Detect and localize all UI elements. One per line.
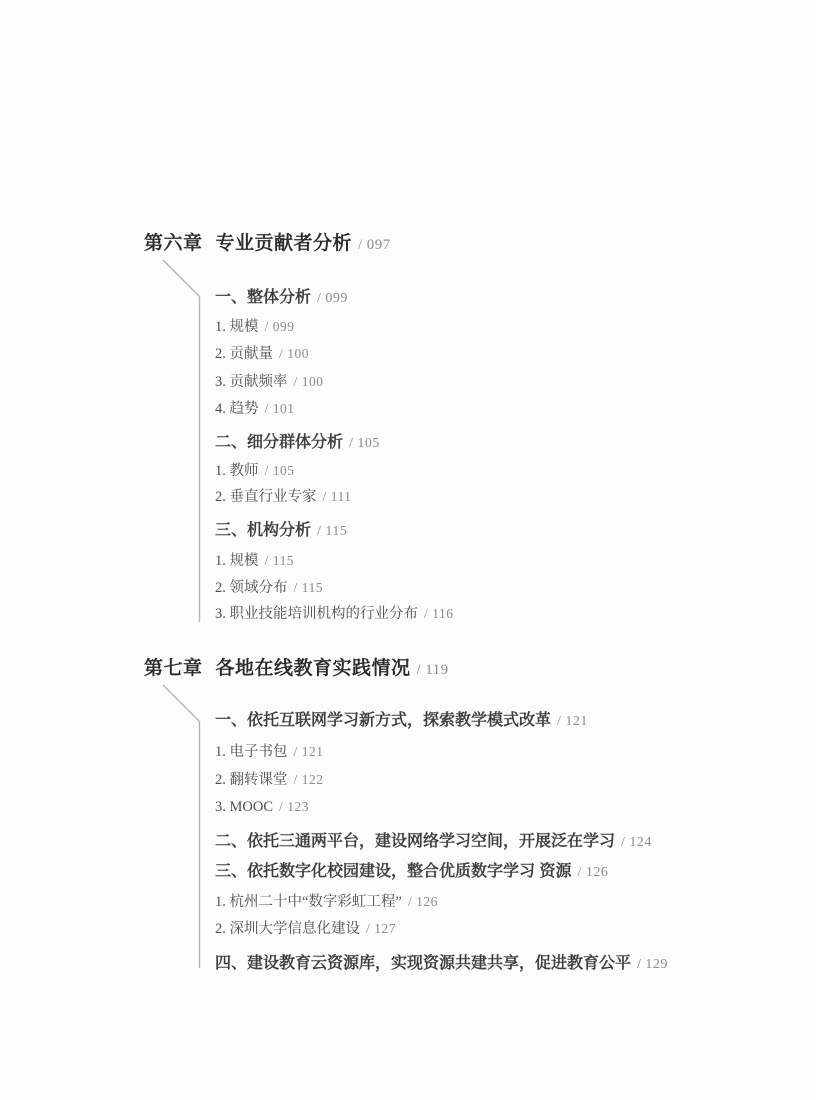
section-label: 二、依托三通两平台，建设网络学习空间，开展泛在学习 [215, 833, 615, 850]
page-number: 115 [302, 580, 323, 595]
chapter-number: 第七章 [144, 658, 203, 679]
toc-item-entry: 1. 规模/099 [215, 318, 295, 336]
chapter-title: 专业贡献者分析 [216, 233, 353, 254]
item-label: 3. 贡献频率 [215, 374, 288, 390]
slash-separator: / [317, 524, 321, 539]
item-page-ref: /126 [402, 894, 438, 909]
page-number: 099 [273, 319, 295, 334]
section-page-ref: /129 [631, 957, 668, 972]
slash-separator: / [294, 580, 298, 595]
item-label: 4. 趋势 [215, 401, 259, 417]
page-number: 126 [416, 894, 438, 909]
slash-separator: / [265, 463, 269, 478]
item-page-ref: /116 [418, 606, 454, 621]
item-page-ref: /127 [360, 921, 396, 936]
chapter6-bracket-line [163, 260, 200, 622]
section-page-ref: /124 [615, 835, 652, 850]
section-page-ref: /126 [571, 865, 608, 880]
item-label: 2. 领域分布 [215, 580, 288, 596]
chapter-6-heading: 第六章专业贡献者分析/097 [144, 232, 391, 257]
toc-section-entry: 四、建设教育云资源库，实现资源共建共享，促进教育公平/129 [215, 954, 668, 975]
slash-separator: / [317, 291, 321, 306]
page-number: 126 [586, 865, 609, 880]
page-number: 119 [425, 662, 448, 678]
item-page-ref: /101 [259, 401, 295, 416]
page-number: 100 [302, 374, 324, 389]
toc-item-entry: 1. 杭州二十中“数字彩虹工程”/126 [215, 893, 438, 911]
slash-separator: / [294, 374, 298, 389]
page-number: 122 [302, 772, 324, 787]
page-number: 097 [367, 237, 391, 253]
item-page-ref: /100 [273, 346, 309, 361]
slash-separator: / [557, 714, 561, 729]
slash-separator: / [279, 346, 283, 361]
page-number: 099 [325, 291, 348, 306]
toc-item-entry: 2. 深圳大学信息化建设/127 [215, 920, 396, 938]
item-label: 1. 电子书包 [215, 744, 288, 760]
page-number: 105 [273, 463, 295, 478]
item-page-ref: /115 [259, 553, 295, 568]
section-label: 四、建设教育云资源库，实现资源共建共享，促进教育公平 [215, 955, 631, 972]
slash-separator: / [424, 606, 428, 621]
section-label: 二、细分群体分析 [215, 434, 343, 451]
toc-item-entry: 2. 领域分布/115 [215, 579, 323, 597]
slash-separator: / [358, 237, 363, 253]
slash-separator: / [265, 401, 269, 416]
toc-item-entry: 1. 电子书包/121 [215, 743, 324, 761]
page-number: 111 [331, 489, 352, 504]
page-number: 101 [273, 401, 295, 416]
item-page-ref: /121 [288, 744, 324, 759]
toc-item-entry: 2. 垂直行业专家/111 [215, 488, 352, 506]
page-number: 123 [287, 799, 309, 814]
item-label: 1. 教师 [215, 463, 259, 479]
page-number: 127 [374, 921, 396, 936]
toc-item-entry: 2. 贡献量/100 [215, 345, 309, 363]
toc-section-entry: 一、整体分析/099 [215, 288, 348, 309]
item-page-ref: /123 [273, 799, 309, 814]
chapter-title: 各地在线教育实践情况 [216, 658, 411, 679]
section-page-ref: /121 [551, 714, 588, 729]
item-label: 2. 垂直行业专家 [215, 489, 317, 505]
slash-separator: / [621, 835, 625, 850]
slash-separator: / [349, 436, 353, 451]
item-page-ref: /115 [288, 580, 324, 595]
page-number: 116 [432, 606, 453, 621]
page-number: 115 [325, 524, 347, 539]
toc-item-entry: 1. 规模/115 [215, 552, 294, 570]
chapter-bracket-lines [0, 0, 816, 1100]
toc-section-entry: 二、依托三通两平台，建设网络学习空间，开展泛在学习/124 [215, 832, 652, 853]
toc-page: 第六章专业贡献者分析/097 一、整体分析/099 1. 规模/099 2. 贡… [0, 0, 816, 1100]
section-label: 一、整体分析 [215, 289, 311, 306]
page-number: 121 [565, 714, 588, 729]
toc-item-entry: 2. 翻转课堂/122 [215, 771, 324, 789]
slash-separator: / [577, 865, 581, 880]
toc-section-entry: 二、细分群体分析/105 [215, 433, 380, 454]
chapter-number: 第六章 [144, 233, 203, 254]
item-label: 2. 贡献量 [215, 346, 273, 362]
slash-separator: / [637, 957, 641, 972]
item-label: 3. 职业技能培训机构的行业分布 [215, 606, 418, 622]
section-page-ref: /115 [311, 524, 347, 539]
item-page-ref: /122 [288, 772, 324, 787]
item-label: 1. 规模 [215, 553, 259, 569]
toc-item-entry: 3. MOOC/123 [215, 798, 309, 816]
toc-section-entry: 三、依托数字化校园建设，整合优质数字学习 资源/126 [215, 862, 608, 883]
page-number: 100 [287, 346, 309, 361]
chapter7-bracket-line [163, 685, 200, 968]
chapter-page-ref: /097 [352, 237, 391, 253]
item-label: 3. MOOC [215, 799, 273, 815]
slash-separator: / [323, 489, 327, 504]
section-label: 三、机构分析 [215, 522, 311, 539]
item-label: 2. 深圳大学信息化建设 [215, 921, 360, 937]
page-number: 129 [645, 957, 668, 972]
chapter-page-ref: /119 [411, 662, 449, 678]
toc-section-entry: 一、依托互联网学习新方式，探索教学模式改革/121 [215, 711, 588, 732]
slash-separator: / [294, 772, 298, 787]
section-label: 三、依托数字化校园建设，整合优质数字学习 资源 [215, 863, 571, 880]
slash-separator: / [417, 662, 422, 678]
toc-section-entry: 三、机构分析/115 [215, 521, 347, 542]
slash-separator: / [279, 799, 283, 814]
item-page-ref: /099 [259, 319, 295, 334]
page-number: 124 [629, 835, 652, 850]
page-number: 121 [302, 744, 324, 759]
section-label: 一、依托互联网学习新方式，探索教学模式改革 [215, 712, 551, 729]
chapter-7-heading: 第七章各地在线教育实践情况/119 [144, 657, 449, 682]
toc-item-entry: 1. 教师/105 [215, 462, 295, 480]
slash-separator: / [265, 553, 269, 568]
slash-separator: / [366, 921, 370, 936]
slash-separator: / [294, 744, 298, 759]
page-number: 105 [357, 436, 380, 451]
slash-separator: / [408, 894, 412, 909]
page-number: 115 [273, 553, 294, 568]
item-page-ref: /100 [288, 374, 324, 389]
slash-separator: / [265, 319, 269, 334]
toc-item-entry: 3. 职业技能培训机构的行业分布/116 [215, 605, 454, 623]
section-page-ref: /105 [343, 436, 380, 451]
item-page-ref: /111 [317, 489, 352, 504]
toc-item-entry: 3. 贡献频率/100 [215, 373, 324, 391]
section-page-ref: /099 [311, 291, 348, 306]
item-page-ref: /105 [259, 463, 295, 478]
toc-item-entry: 4. 趋势/101 [215, 400, 295, 418]
item-label: 2. 翻转课堂 [215, 772, 288, 788]
item-label: 1. 杭州二十中“数字彩虹工程” [215, 894, 402, 910]
item-label: 1. 规模 [215, 319, 259, 335]
